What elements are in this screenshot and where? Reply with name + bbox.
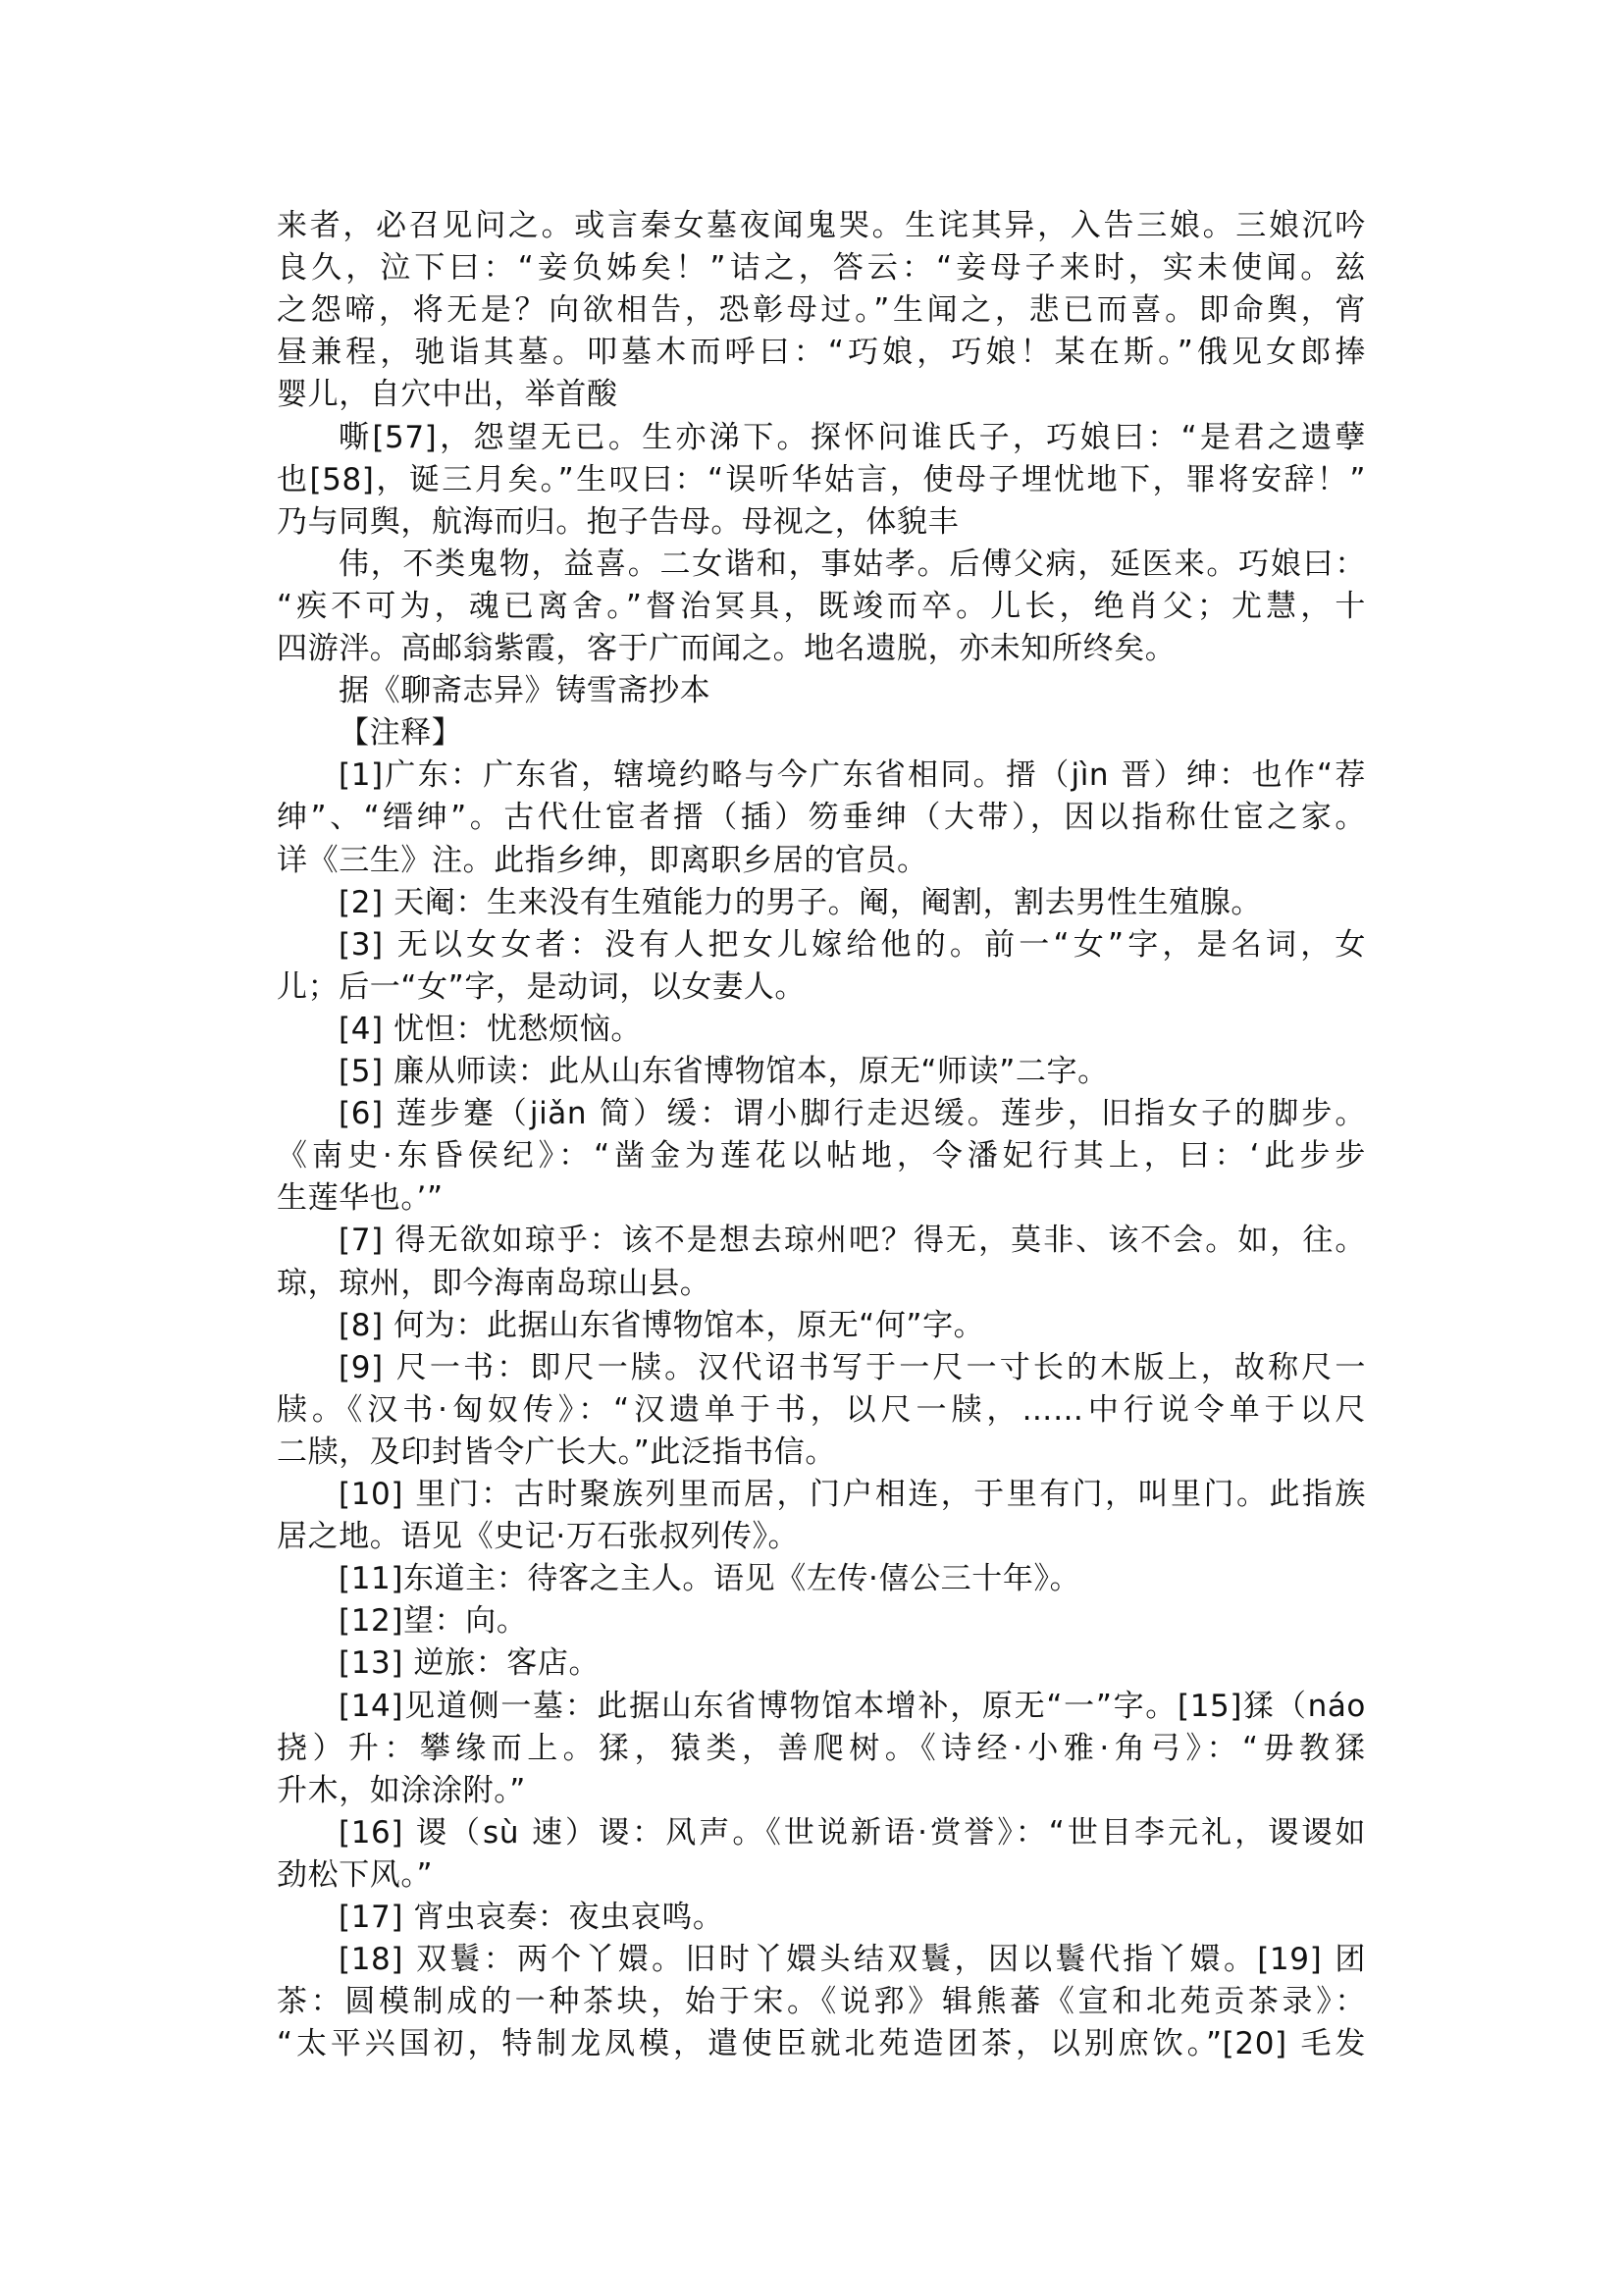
text-line: [5] 廉从师读：此从山东省博物馆本，原无“师读”二字。 xyxy=(339,1051,1366,1093)
text-line: 嘶[57]，怨望无已。生亦涕下。探怀问谁氏子，巧娘曰：“是君之遗孽 xyxy=(339,417,1366,459)
text-line: 挠）升：攀缘而上。猱，猿类，善爬树。《诗经·小雅·角弓》：“毋教猱 xyxy=(277,1728,1366,1770)
text-line: 之怨啼，将无是？向欲相告，恐彰母过。”生闻之，悲已而喜。即命舆，宵 xyxy=(277,289,1366,332)
text-line: 详《三生》注。此指乡绅，即离职乡居的官员。 xyxy=(277,840,1366,882)
text-line: 【注释】 xyxy=(339,712,1366,755)
text-line: 来者，必召见问之。或言秦女墓夜闻鬼哭。生诧其异，入告三娘。三娘沉吟 xyxy=(277,205,1366,247)
text-line: 四游泮。高邮翁紫霞，客于广而闻之。地名遗脱，亦未知所终矣。 xyxy=(277,628,1366,670)
text-line: 乃与同舆，航海而归。抱子告母。母视之，体貌丰 xyxy=(277,501,1366,544)
text-line: [14]见道侧一墓：此据山东省博物馆本增补，原无“一”字。[15]猱（náo xyxy=(339,1686,1366,1728)
text-line: 绅”、“缙绅”。古代仕宦者搢（插）笏垂绅（大带），因以指称仕宦之家。 xyxy=(277,797,1366,839)
text-line: [1]广东：广东省，辖境约略与今广东省相同。搢（jìn 晋）绅：也作“荐 xyxy=(339,755,1366,797)
text-line: [12]望：向。 xyxy=(339,1600,1366,1642)
text-line: 二牍，及印封皆令广长大。”此泛指书信。 xyxy=(277,1432,1366,1474)
text-line: [17] 宵虫哀奏：夜虫哀鸣。 xyxy=(339,1897,1366,1939)
text-line: [6] 莲步蹇（jiǎn 简）缓：谓小脚行走迟缓。莲步，旧指女子的脚步。 xyxy=(339,1093,1366,1135)
text-line: [4] 忧怛：忧愁烦恼。 xyxy=(339,1009,1366,1051)
text-line: 良久，泣下曰：“妾负姊矣！”诘之，答云：“妾母子来时，实未使闻。兹 xyxy=(277,247,1366,289)
text-line: 也[58]，诞三月矣。”生叹曰：“误听华姑言，使母子埋忧地下，罪将安辞！” xyxy=(277,459,1366,501)
text-line: 儿；后一“女”字，是动词，以女妻人。 xyxy=(277,966,1366,1009)
text-line: 昼兼程，驰诣其墓。叩墓木而呼曰：“巧娘，巧娘！某在斯。”俄见女郎捧 xyxy=(277,332,1366,374)
text-line: [18] 双鬟：两个丫嬛。旧时丫嬛头结双鬟，因以鬟代指丫嬛。[19] 团 xyxy=(339,1939,1366,1981)
text-line: [9] 尺一书：即尺一牍。汉代诏书写于一尺一寸长的木版上，故称尺一 xyxy=(339,1347,1366,1389)
text-line: 伟，不类鬼物，益喜。二女谐和，事姑孝。后傅父病，延医来。巧娘曰： xyxy=(339,544,1366,586)
text-line: 牍。《汉书·匈奴传》：“汉遗单于书，以尺一牍，……中行说令单于以尺 xyxy=(277,1389,1366,1432)
text-line: [16] 谡（sù 速）谡：风声。《世说新语·赏誉》：“世目李元礼，谡谡如 xyxy=(339,1812,1366,1854)
text-line: 劲松下风。” xyxy=(277,1854,1366,1897)
text-line: 居之地。语见《史记·万石张叔列传》。 xyxy=(277,1516,1366,1558)
text-line: 婴儿，自穴中出，举首酸 xyxy=(277,374,1366,416)
text-line: “太平兴国初，特制龙凤模，遣使臣就北苑造团茶，以别庶饮。”[20] 毛发 xyxy=(277,2023,1366,2065)
text-line: [2] 天阉：生来没有生殖能力的男子。阉，阉割，割去男性生殖腺。 xyxy=(339,882,1366,924)
text-line: 茶：圆模制成的一种茶块，始于宋。《说郛》辑熊蕃《宣和北苑贡茶录》： xyxy=(277,1981,1366,2023)
text-line: [3] 无以女女者：没有人把女儿嫁给他的。前一“女”字，是名词，女 xyxy=(339,924,1366,966)
text-line: [13] 逆旅：客店。 xyxy=(339,1642,1366,1685)
text-line: 《南史·东昏侯纪》：“凿金为莲花以帖地，令潘妃行其上，曰：‘此步步 xyxy=(277,1135,1366,1177)
text-line: 据《聊斋志异》铸雪斋抄本 xyxy=(339,670,1366,712)
text-line: [10] 里门：古时聚族列里而居，门户相连，于里有门，叫里门。此指族 xyxy=(339,1474,1366,1516)
text-line: 琼，琼州，即今海南岛琼山县。 xyxy=(277,1263,1366,1305)
text-line: 升木，如涂涂附。” xyxy=(277,1770,1366,1812)
text-line: [7] 得无欲如琼乎：该不是想去琼州吧？得无，莫非、该不会。如，往。 xyxy=(339,1220,1366,1262)
text-line: 生莲华也。’” xyxy=(277,1177,1366,1220)
text-line: [11]东道主：待客之主人。语见《左传·僖公三十年》。 xyxy=(339,1558,1366,1600)
document-page: 来者，必召见问之。或言秦女墓夜闻鬼哭。生诧其异，入告三娘。三娘沉吟良久，泣下曰：… xyxy=(0,0,1624,2294)
text-line: “疾不可为，魂已离舍。”督治冥具，既竣而卒。儿长，绝肖父；尤慧，十 xyxy=(277,586,1366,628)
text-line: [8] 何为：此据山东省博物馆本，原无“何”字。 xyxy=(339,1305,1366,1347)
